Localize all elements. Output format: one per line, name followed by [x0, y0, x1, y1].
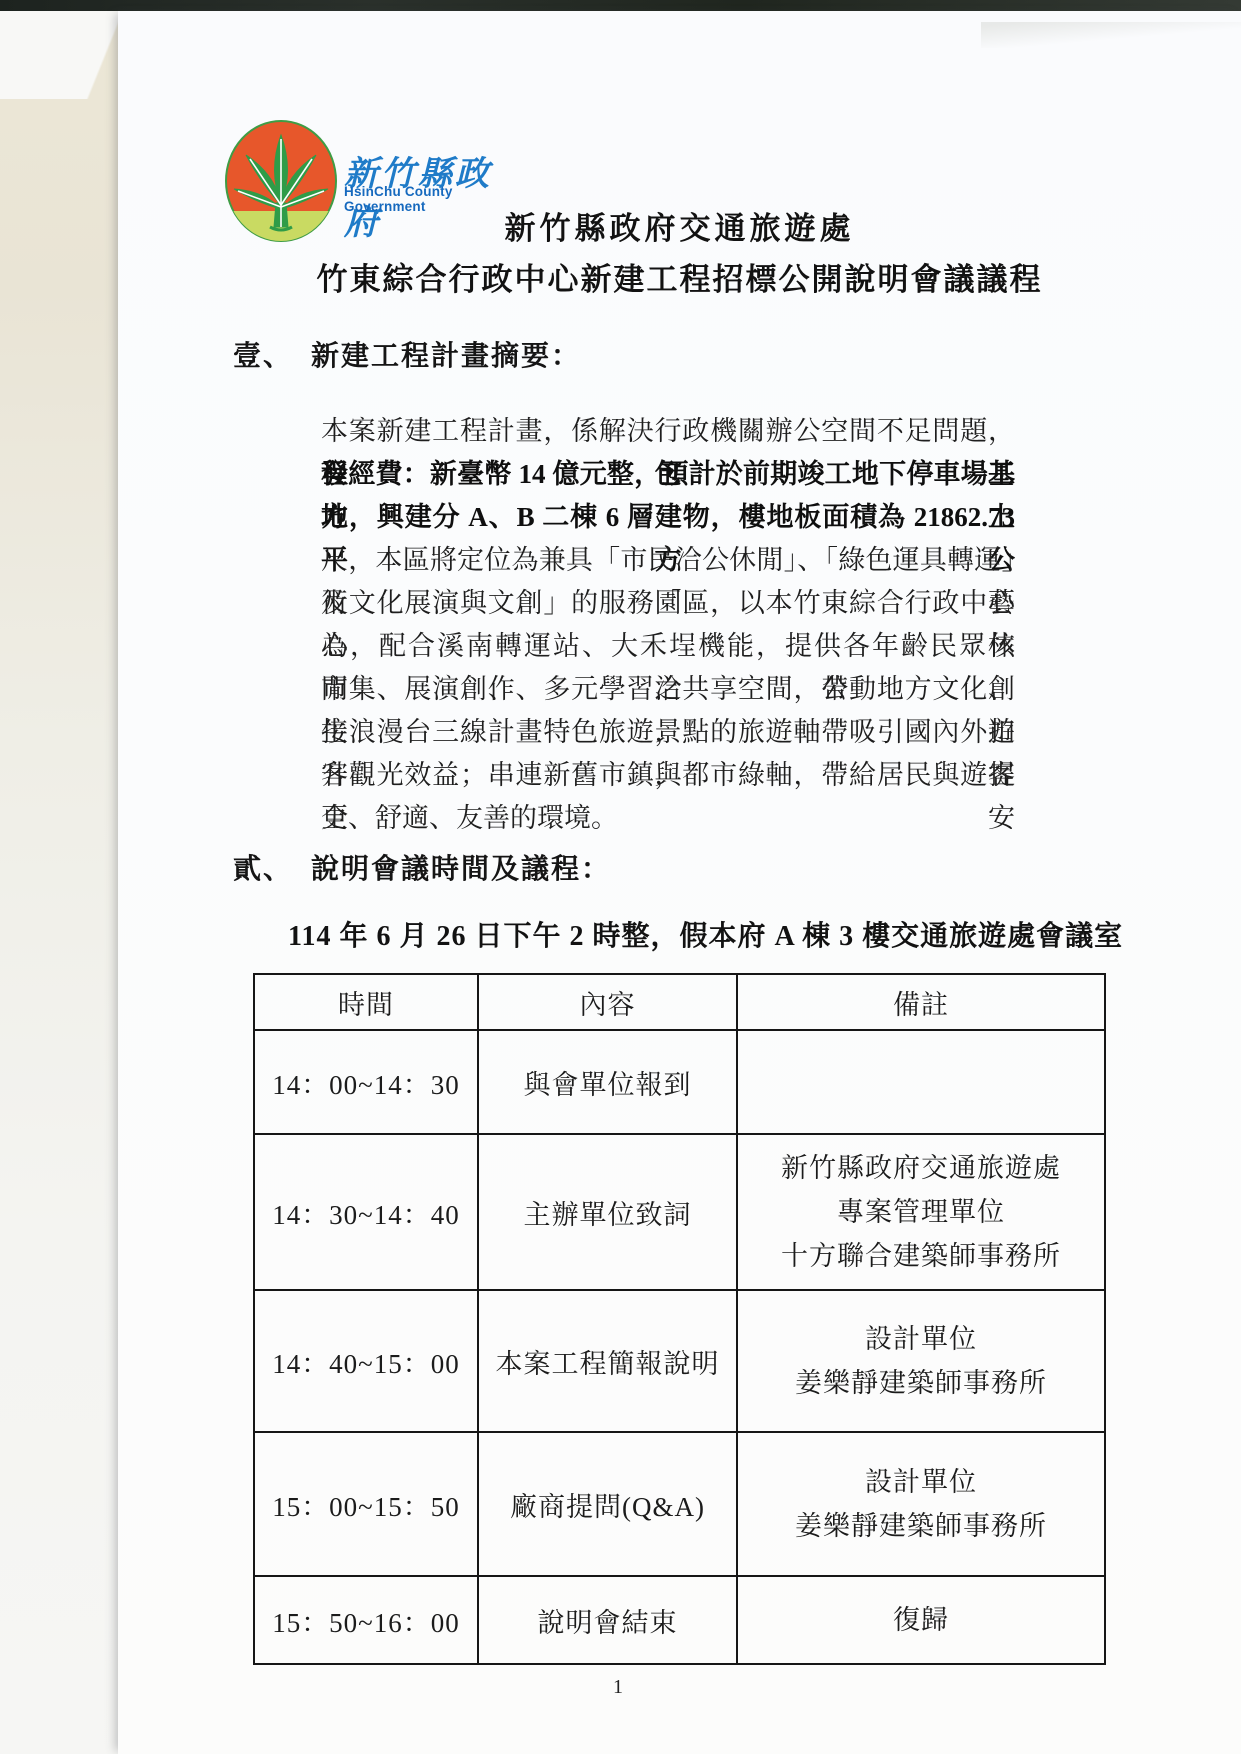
scan-top-edge — [0, 0, 1241, 11]
agenda-row: 14：40~15：00本案工程簡報說明設計單位姜樂靜建築師事務所 — [254, 1290, 1105, 1432]
meeting-time-location: 114 年 6 月 26 日下午 2 時整，假本府 A 棟 3 樓交通旅遊處會議… — [288, 914, 1123, 954]
remark-line: 復歸 — [738, 1598, 1104, 1642]
summary-paragraph-line: 心，配合溪南轉運站、大禾埕機能，提供各年齡民眾休閒、洽公、 — [321, 625, 1015, 668]
time-cell: 14：40~15：00 — [254, 1290, 478, 1432]
agenda-row: 14：00~14：30與會單位報到 — [254, 1030, 1105, 1134]
summary-paragraph-line: 接浪漫台三線計畫特色旅遊景點的旅遊軸帶吸引國內外遊客，提 — [321, 711, 1015, 754]
remark-line: 新竹縣政府交通旅遊處 — [738, 1146, 1104, 1190]
time-cell: 15：00~15：50 — [254, 1432, 478, 1576]
remark-line: 姜樂靜建築師事務所 — [738, 1361, 1104, 1405]
summary-paragraph-line: 尺，本區將定位為兼具「市民洽公休閒」、「綠色運具轉運」及「藝 — [321, 539, 1015, 582]
remark-cell — [737, 1030, 1105, 1134]
section2-label: 貳、 — [233, 854, 293, 885]
section1-heading: 壹、新建工程計畫摘要： — [233, 334, 581, 374]
summary-paragraph-line: 術文化展演與文創」的服務園區，以本竹東綜合行政中心為核 — [321, 582, 1015, 625]
section1-title: 新建工程計畫摘要： — [311, 341, 581, 372]
summary-paragraph-line: 本案新建工程計畫，係解決行政機關辦公空間不足問題，發包工 — [321, 410, 1015, 453]
document-page: 新竹縣政府 HsinChu County Government 新竹縣政府交通旅… — [118, 11, 1241, 1754]
agenda-header-row: 時間內容備註 — [254, 974, 1105, 1030]
remark-line: 十方聯合建築師事務所 — [738, 1234, 1104, 1278]
remark-cell: 新竹縣政府交通旅遊處專案管理單位十方聯合建築師事務所 — [737, 1134, 1105, 1290]
content-cell: 與會單位報到 — [478, 1030, 737, 1134]
agenda-header-cell: 內容 — [478, 974, 737, 1030]
time-cell: 14：00~14：30 — [254, 1030, 478, 1134]
summary-text: 全、舒適、友善的環境。 — [321, 803, 618, 833]
time-cell: 15：50~16：00 — [254, 1576, 478, 1664]
project-summary-paragraph: 本案新建工程計畫，係解決行政機關辦公空間不足問題，發包工程經費：新臺幣 14 億… — [321, 410, 1015, 840]
document-title-department: 新竹縣政府交通旅遊處 — [118, 203, 1241, 248]
agenda-row: 14：30~14：40主辦單位致詞新竹縣政府交通旅遊處專案管理單位十方聯合建築師… — [254, 1134, 1105, 1290]
section2-title: 說明會議時間及議程： — [311, 854, 611, 885]
summary-text: 本案新建工程計畫，係解決行政機關辦公空間不足問題， — [321, 416, 1015, 446]
remark-cell: 設計單位姜樂靜建築師事務所 — [737, 1432, 1105, 1576]
summary-paragraph-line: 方，興建分 A、B 二棟 6 層建物，樓地板面積為 21862.73 平方公 — [321, 496, 1015, 539]
remark-line: 設計單位 — [738, 1460, 1104, 1504]
remark-line: 專案管理單位 — [738, 1190, 1104, 1234]
section2-heading: 貳、說明會議時間及議程： — [233, 847, 611, 887]
section1-label: 壹、 — [233, 341, 293, 372]
agenda-row: 15：00~15：50廠商提問(Q&A)設計單位姜樂靜建築師事務所 — [254, 1432, 1105, 1576]
content-cell: 本案工程簡報說明 — [478, 1290, 737, 1432]
agenda-table: 時間內容備註14：00~14：30與會單位報到14：30~14：40主辦單位致詞… — [253, 973, 1106, 1665]
content-cell: 主辦單位致詞 — [478, 1134, 737, 1290]
time-cell: 14：30~14：40 — [254, 1134, 478, 1290]
summary-paragraph-line: 升觀光效益；串連新舊市鎮與都市綠軸，帶給居民與遊客更安 — [321, 754, 1015, 797]
page-top-shadow — [981, 22, 1241, 48]
remark-cell: 設計單位姜樂靜建築師事務所 — [737, 1290, 1105, 1432]
remark-line: 設計單位 — [738, 1317, 1104, 1361]
summary-paragraph-line: 市集、展演創作、多元學習之共享空間，帶動地方文化創生，扣 — [321, 668, 1015, 711]
page-number: 1 — [118, 1676, 1118, 1699]
summary-paragraph-line: 程經費：新臺幣 14 億元整，預計於前期竣工地下停車場基地上 — [321, 453, 1015, 496]
agenda-header-cell: 時間 — [254, 974, 478, 1030]
content-cell: 廠商提問(Q&A) — [478, 1432, 737, 1576]
agenda-row: 15：50~16：00說明會結束復歸 — [254, 1576, 1105, 1664]
content-cell: 說明會結束 — [478, 1576, 737, 1664]
scan-left-margin — [0, 11, 118, 1754]
remark-cell: 復歸 — [737, 1576, 1105, 1664]
remark-line: 姜樂靜建築師事務所 — [738, 1504, 1104, 1548]
agenda-header-cell: 備註 — [737, 974, 1105, 1030]
document-title-meeting: 竹東綜合行政中心新建工程招標公開說明會議議程 — [118, 254, 1241, 299]
